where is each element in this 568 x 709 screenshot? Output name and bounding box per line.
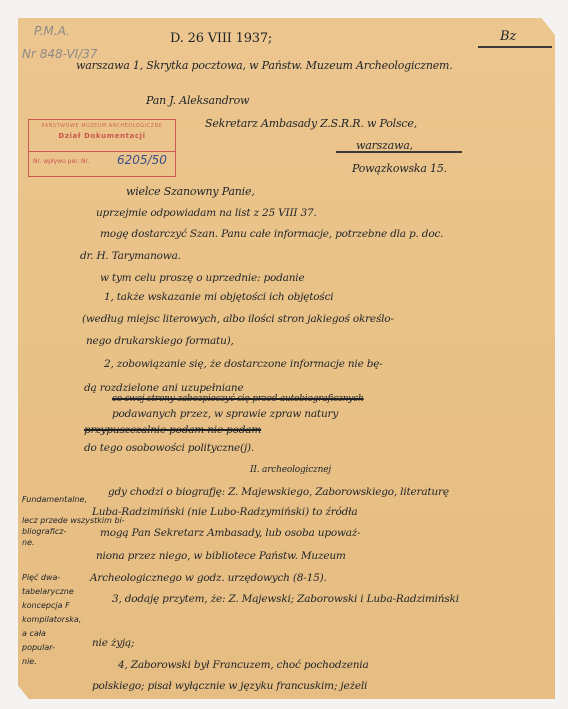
stamp-department: Dział Dokumentacji — [29, 129, 175, 140]
margin-note: popular- — [22, 642, 55, 653]
body-line-struck: przypuszczalnie podam nie podam — [84, 424, 261, 436]
body-line: Archeologicznego w godz. urzędowych (8-1… — [90, 572, 327, 584]
margin-note: koncepcja F — [22, 600, 70, 611]
sender-line: warszawa 1, Skrytka pocztowa, w Państw. … — [76, 59, 453, 72]
body-line: podawanych przez, w sprawie zpraw natury — [112, 408, 338, 420]
margin-note: bliograficz- — [22, 526, 66, 537]
body-line: 4, Zaborowski był Francuzem, choć pochod… — [118, 659, 369, 671]
stamp-inventory-number: 6205/50 — [117, 153, 167, 167]
city-underline — [336, 151, 462, 153]
body-line: do tego osobowości polityczne(j). — [84, 442, 254, 454]
margin-note: a cała — [22, 628, 46, 639]
section-heading-ii: II. archeologicznej — [250, 465, 331, 475]
stamp-inventory-label: Nr. wpływu per. Nr. — [33, 158, 89, 165]
letter-date: D. 26 VIII 1937; — [170, 31, 272, 46]
body-line: polskiego; pisał wyłącznie w języku fran… — [92, 680, 367, 692]
addressee-title: Sekretarz Ambasady Z.S.R.R. w Polsce, — [205, 117, 417, 130]
body-line: w tym celu proszę o uprzednie: podanie — [100, 272, 304, 284]
top-right-rule — [478, 46, 552, 48]
margin-note: nie. — [22, 656, 37, 667]
salutation: wielce Szanowny Panie, — [126, 185, 255, 198]
margin-note: lecz przede wszystkim bi- — [22, 515, 125, 526]
body-line: gdy chodzi o biografję: Z. Majewskiego, … — [108, 486, 449, 498]
margin-note: kompilatorska, — [22, 614, 81, 625]
body-line: dr. H. Tarymanowa. — [80, 250, 181, 262]
addressee-street: Powązkowska 15. — [352, 162, 447, 175]
addressee-name: Pan J. Aleksandrow — [146, 94, 249, 107]
body-line: dą rozdzielone ani uzupełniane — [84, 382, 243, 394]
margin-note: Fundamentalne, — [22, 494, 87, 505]
body-line: mogą Pan Sekretarz Ambasady, lub osoba u… — [100, 527, 361, 539]
body-line-struck: co swej strony zabezpieczyć się przed au… — [112, 394, 364, 404]
body-line: uprzejmie odpowiadam na list z 25 VIII 3… — [96, 207, 317, 219]
body-line: mogę dostarczyć Szan. Panu całe informac… — [100, 228, 443, 240]
margin-note: tabelaryczne — [22, 586, 74, 597]
body-line: niona przez niego, w bibliotece Państw. … — [96, 550, 346, 562]
body-line: 1, także wskazanie mi objętości ich obję… — [104, 291, 333, 303]
body-line: Luba-Radzimiński (nie Lubo-Radzymiński) … — [92, 506, 357, 518]
archive-mark-1: P.M.A. — [34, 24, 70, 38]
body-line: (według miejsc literowych, albo ilości s… — [82, 313, 394, 325]
initials-top-right: Bz — [500, 29, 516, 44]
archive-stamp: PAŃSTWOWE MUZEUM ARCHEOLOGICZNE Dział Do… — [28, 119, 176, 177]
stamp-institution: PAŃSTWOWE MUZEUM ARCHEOLOGICZNE — [29, 120, 175, 129]
body-line: 2, zobowiązanie się, że dostarczone info… — [104, 358, 383, 370]
margin-note: ne. — [22, 537, 35, 548]
body-line: nie żyją; — [92, 637, 134, 649]
body-line: nego drukarskiego formatu), — [86, 335, 234, 347]
body-line: 3, dodaję przytem, że: Z. Majewski; Zabo… — [112, 593, 459, 605]
margin-note: Pięć dwa- — [22, 572, 60, 583]
